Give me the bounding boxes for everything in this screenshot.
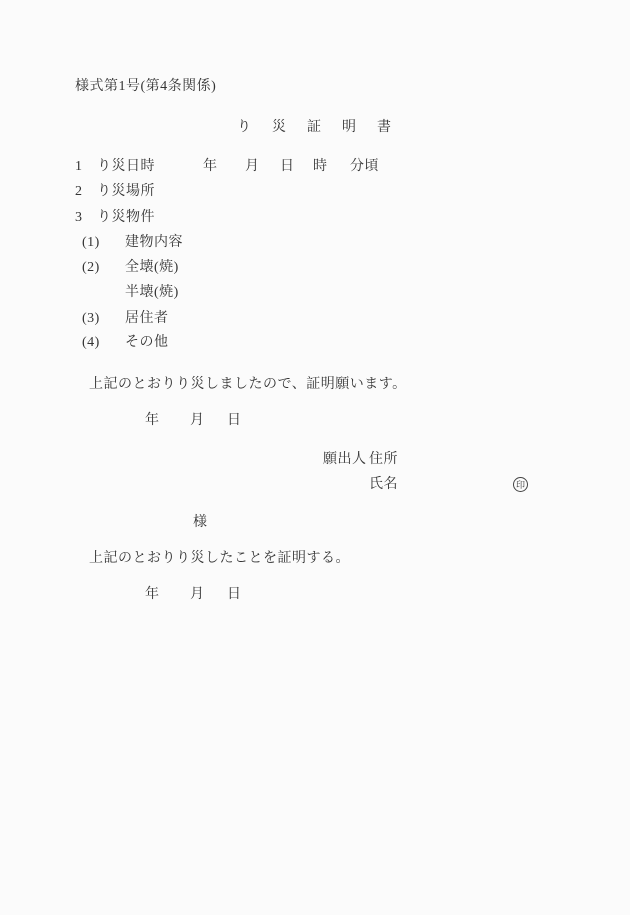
datetime-field-month: 月 xyxy=(245,160,260,174)
sub-item-2-label: 全壊(焼) xyxy=(125,261,179,275)
item-2-label: り災場所 xyxy=(97,185,155,199)
datetime-field-year: 年 xyxy=(203,160,218,174)
request-date-month: 月 xyxy=(190,414,205,428)
applicant-address-label: 住所 xyxy=(369,453,398,467)
sub-item-1-label: 建物内容 xyxy=(125,236,183,250)
certify-date-month: 月 xyxy=(190,588,205,602)
sub-item-2-number: (2) xyxy=(82,261,100,275)
form-number: 様式第1号(第4条関係) xyxy=(75,80,216,94)
document-title: り災証明書 xyxy=(237,121,412,135)
item-1-number: 1 xyxy=(75,160,83,174)
request-date-day: 日 xyxy=(227,414,242,428)
sub-item-3-number: (3) xyxy=(82,312,100,326)
request-sentence: 上記のとおりり災しましたので、証明願います。 xyxy=(89,378,407,392)
item-2-number: 2 xyxy=(75,185,83,199)
datetime-field-minute: 分頃 xyxy=(350,160,379,174)
request-date-year: 年 xyxy=(145,414,160,428)
item-3-number: 3 xyxy=(75,211,83,225)
applicant-label: 願出人 xyxy=(323,453,367,467)
certify-date-year: 年 xyxy=(145,588,160,602)
applicant-name-label: 氏名 xyxy=(369,478,398,492)
sub-item-3-label: 居住者 xyxy=(125,312,169,326)
sub-item-4-label: その他 xyxy=(125,336,169,350)
certify-date-day: 日 xyxy=(227,588,242,602)
datetime-field-day: 日 xyxy=(280,160,295,174)
sub-item-4-number: (4) xyxy=(82,336,100,350)
datetime-field-hour: 時 xyxy=(313,160,328,174)
certify-sentence: 上記のとおりり災したことを証明する。 xyxy=(89,552,350,566)
item-1-label: り災日時 xyxy=(97,160,155,174)
addressee-suffix: 様 xyxy=(193,516,208,530)
item-3-label: り災物件 xyxy=(97,211,155,225)
risai-certificate-form: 様式第1号(第4条関係) り災証明書 1 り災日時 年 月 日 時 分頃 2 り… xyxy=(0,0,630,915)
seal-icon: 印 xyxy=(513,477,528,492)
sub-item-1-number: (1) xyxy=(82,236,100,250)
sub-item-2b-label: 半壊(焼) xyxy=(125,286,179,300)
